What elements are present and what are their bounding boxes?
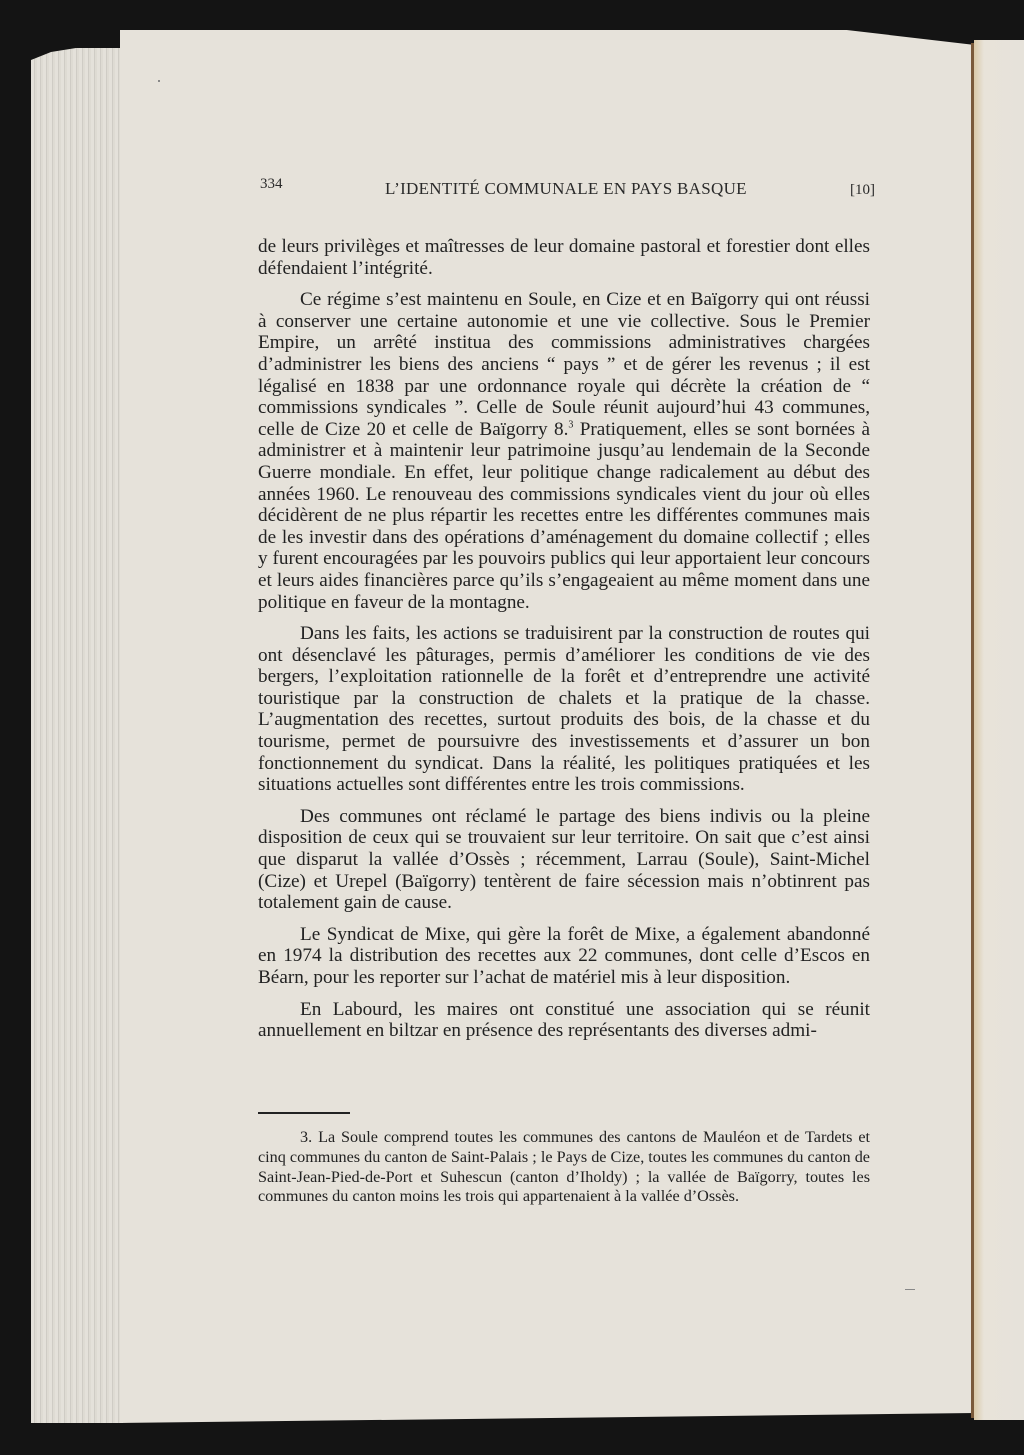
footnote: 3. La Soule comprend toutes les communes… xyxy=(258,1128,870,1207)
paragraph-text: Ce régime s’est maintenu en Soule, en Ci… xyxy=(258,289,870,440)
footnote-text: La Soule comprend toutes les communes de… xyxy=(258,1128,870,1205)
body-text: de leurs privilèges et maîtresses de leu… xyxy=(258,236,870,1052)
paragraph: Le Syndicat de Mixe, qui gère la forêt d… xyxy=(258,924,870,989)
print-speck xyxy=(158,80,160,82)
footnote-number: 3. xyxy=(300,1128,312,1146)
paragraph: Des communes ont réclamé le partage des … xyxy=(258,806,870,914)
footnotes: 3. La Soule comprend toutes les communes… xyxy=(258,1128,870,1207)
running-title: L’IDENTITÉ COMMUNALE EN PAYS BASQUE xyxy=(385,179,747,199)
footnote-separator xyxy=(258,1112,350,1114)
next-page-edge xyxy=(974,40,1024,1420)
running-head: 334 L’IDENTITÉ COMMUNALE EN PAYS BASQUE … xyxy=(260,176,875,200)
paragraph-text: Pratiquement, elles se sont bornées à ad… xyxy=(258,419,870,613)
print-speck xyxy=(905,1289,915,1290)
paragraph: En Labourd, les maires ont constitué une… xyxy=(258,999,870,1042)
page-number: 334 xyxy=(260,176,283,193)
book-gutter xyxy=(971,43,974,1418)
section-number: [10] xyxy=(850,182,875,199)
paragraph: Ce régime s’est maintenu en Soule, en Ci… xyxy=(258,289,870,613)
paragraph: Dans les faits, les actions se traduisir… xyxy=(258,623,870,796)
page-edge-stack xyxy=(31,48,123,1423)
paragraph: de leurs privilèges et maîtresses de leu… xyxy=(258,236,870,279)
